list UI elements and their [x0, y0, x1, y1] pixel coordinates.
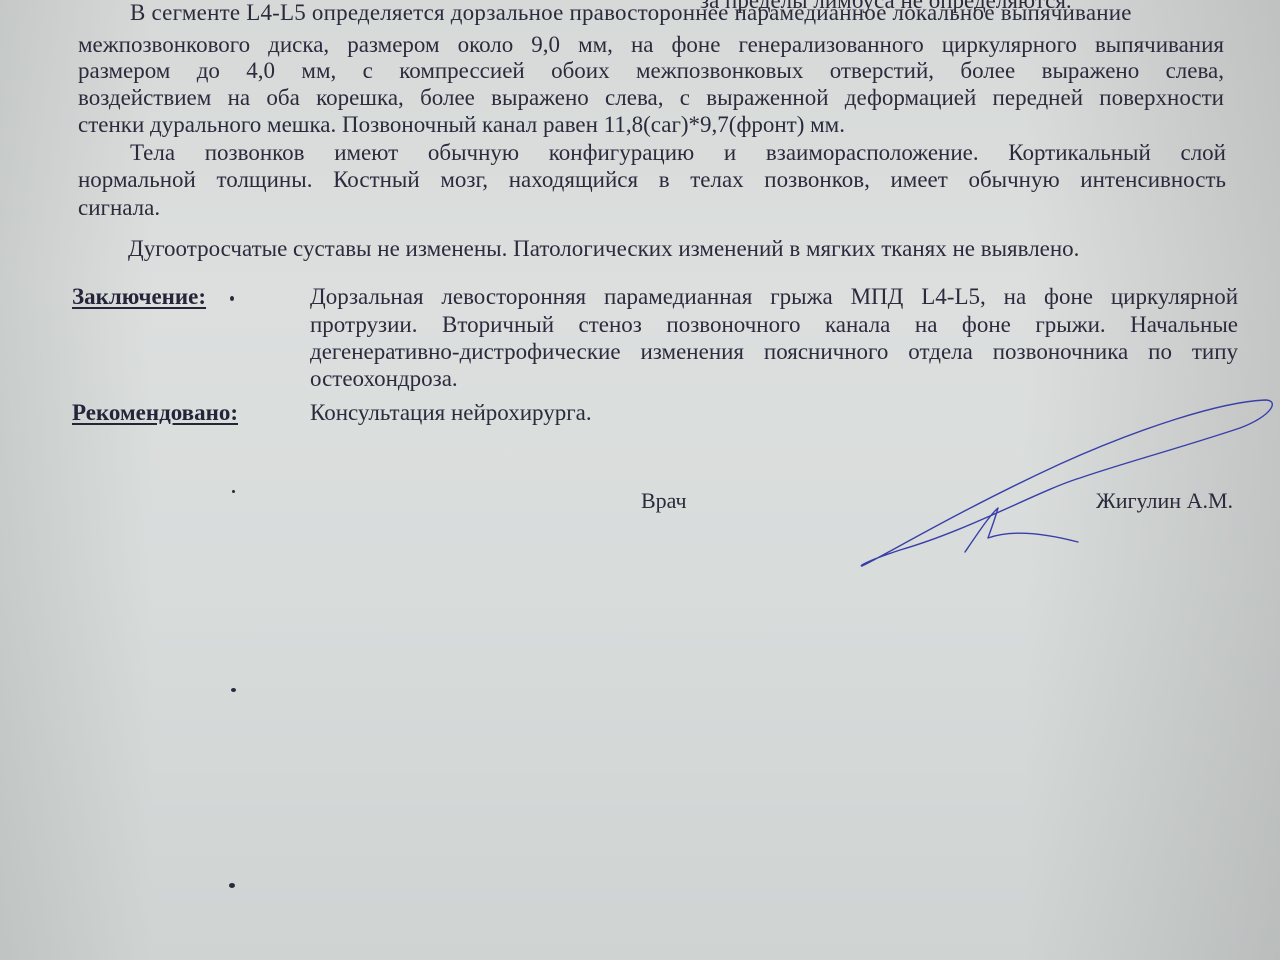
findings-line-3-text: размером до 4,0 мм, с компрессией обоих … [78, 58, 1224, 83]
conclusion-line-2: протрузии. Вторичный стеноз позвоночного… [310, 312, 1238, 338]
findings-p3-line: Дугоотросчатые суставы не изменены. Пато… [128, 236, 1079, 262]
ink-speck [229, 883, 235, 888]
conclusion-label: Заключение: [72, 284, 206, 310]
findings-p2-line-1: Тела позвонков имеют обычную конфигураци… [130, 140, 1226, 166]
conclusion-line-3: дегенеративно-дистрофические изменения п… [310, 339, 1238, 365]
conclusion-line-1: Дорзальная левосторонняя парамедианная г… [310, 284, 1238, 310]
ink-speck [231, 688, 236, 692]
findings-line-1: В сегменте L4-L5 определяется дорзальное… [130, 0, 1160, 26]
findings-line-5: стенки дурального мешка. Позвоночный кан… [78, 112, 845, 138]
findings-p2-line-2: нормальной толщины. Костный мозг, находя… [78, 167, 1226, 193]
findings-line-1-text: В сегменте L4-L5 определяется дорзальное… [130, 0, 1160, 26]
ink-speck [232, 490, 235, 493]
findings-line-4: воздействием на оба корешка, более выраж… [78, 85, 1224, 111]
findings-line-3: размером до 4,0 мм, с компрессией обоих … [78, 58, 1224, 84]
findings-line-4-text: воздействием на оба корешка, более выраж… [78, 85, 1224, 110]
signature-role: Врач [641, 488, 687, 514]
recommendation-text: Консультация нейрохирурга. [310, 400, 592, 426]
findings-p2-line-3: сигнала. [78, 195, 160, 221]
ink-speck [230, 296, 234, 301]
recommendation-label: Рекомендовано: [72, 400, 238, 426]
conclusion-line-4: остеохондроза. [310, 366, 458, 392]
document-page: за пределы лимбуса не определяются. В се… [0, 0, 1280, 960]
findings-line-2: межпозвонкового диска, размером около 9,… [78, 32, 1224, 58]
handwritten-signature [840, 380, 1280, 580]
